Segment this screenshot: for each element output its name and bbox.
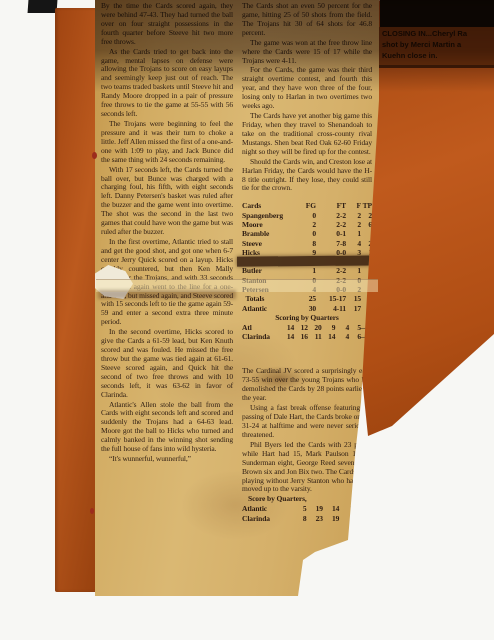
cell: 2-2 — [316, 266, 346, 275]
box-score-header-cell: Cards — [242, 201, 299, 210]
box-score-row: Atlantic304-11176 — [242, 304, 372, 313]
cell: 14 — [323, 504, 339, 513]
paper-stain — [180, 470, 290, 540]
cell: 30 — [299, 304, 316, 313]
article-paragraph: With 17 seconds left, the Cards turned t… — [101, 166, 233, 237]
cell: 0-1 — [316, 229, 346, 238]
cell: 7-8 — [316, 239, 346, 248]
cell: 17 — [346, 304, 361, 313]
box-score-row: Spangenberg02-222 — [242, 211, 372, 220]
cell: 2-2 — [316, 211, 346, 220]
box-score-row: Bramble00-11 — [242, 229, 372, 238]
cell: 19 — [323, 514, 339, 523]
cell: 1 — [299, 266, 316, 275]
scan-corner-mark — [28, 0, 58, 13]
paper-fold-shadow — [95, 0, 494, 92]
cell: Atlantic — [242, 304, 299, 313]
cell: 23—73 — [339, 514, 372, 523]
cell: 2 — [361, 211, 372, 220]
cell: 1 — [346, 229, 361, 238]
article-paragraph: “It's wunnerful, wunnerful,” — [101, 455, 233, 464]
box-score-header-cell: FG — [299, 201, 316, 210]
cell: 2 — [346, 220, 361, 229]
article-paragraph: The Trojans were beginning to feel the p… — [101, 120, 233, 165]
cell: 2-2 — [316, 220, 346, 229]
article-paragraph: Should the Cards win, and Creston lose a… — [242, 158, 372, 194]
cell: 14 — [280, 323, 294, 332]
cell: 5 — [290, 504, 306, 513]
fold-smear — [98, 290, 236, 299]
box-score-header-cell: F — [346, 201, 361, 210]
scrapbook-paper-left — [55, 8, 99, 592]
cell: Steeve — [242, 239, 299, 248]
cell: 8 — [299, 239, 316, 248]
box-score-row: Totals2515-17156 — [242, 294, 372, 303]
cell: 20 — [308, 323, 322, 332]
cell: 4 — [335, 323, 349, 332]
cell: 8 — [290, 514, 306, 523]
cell: 12 — [294, 323, 308, 332]
cell: 16 — [294, 332, 308, 341]
cell: 9 — [322, 323, 336, 332]
box-score-row: Moore22-226 — [242, 220, 372, 229]
box-score-row: Butler12-21 — [242, 266, 372, 275]
cell: Spangenberg — [242, 211, 299, 220]
box-score-header-cell: FT — [316, 201, 346, 210]
cell: 15 — [346, 294, 361, 303]
fold-shadow-band — [237, 256, 378, 267]
cell: Bramble — [242, 229, 299, 238]
cell: 2 — [346, 211, 361, 220]
cell: Butler — [242, 266, 299, 275]
cell: 4 — [335, 332, 349, 341]
cell: Totals — [242, 294, 299, 303]
box-score-table: Cards FG FT F TP Spangenberg02-222Moore2… — [242, 201, 372, 313]
cell: 6 — [361, 220, 372, 229]
box-score-header-cell: TP — [361, 201, 372, 210]
cell: 2 — [299, 220, 316, 229]
red-ink-speck — [90, 508, 94, 514]
cell: 4-11 — [316, 304, 346, 313]
cell: Moore — [242, 220, 299, 229]
cell: 4 — [346, 239, 361, 248]
cell: 0 — [299, 229, 316, 238]
paper-stain — [248, 366, 310, 392]
cell: 17—55 — [339, 504, 372, 513]
red-ink-speck — [92, 152, 97, 159]
cell — [361, 229, 372, 238]
cell: 15-17 — [316, 294, 346, 303]
cell: 1 — [346, 266, 361, 275]
quarters-label: Scoring by Quarters — [242, 314, 372, 323]
cell: 14 — [322, 332, 336, 341]
cell: 25 — [299, 294, 316, 303]
box-score-header: Cards FG FT F TP — [242, 201, 372, 210]
cell: 23 — [307, 514, 323, 523]
box-score-row: Steeve87-842 — [242, 239, 372, 248]
cell: 0 — [299, 211, 316, 220]
cell: 11 — [308, 332, 322, 341]
scanned-newspaper-page: CLOSING IN...Cheryl Rashot by Merci Mart… — [0, 0, 494, 640]
cell: 19 — [307, 504, 323, 513]
article-paragraph: The Cards have yet another big game this… — [242, 112, 372, 157]
